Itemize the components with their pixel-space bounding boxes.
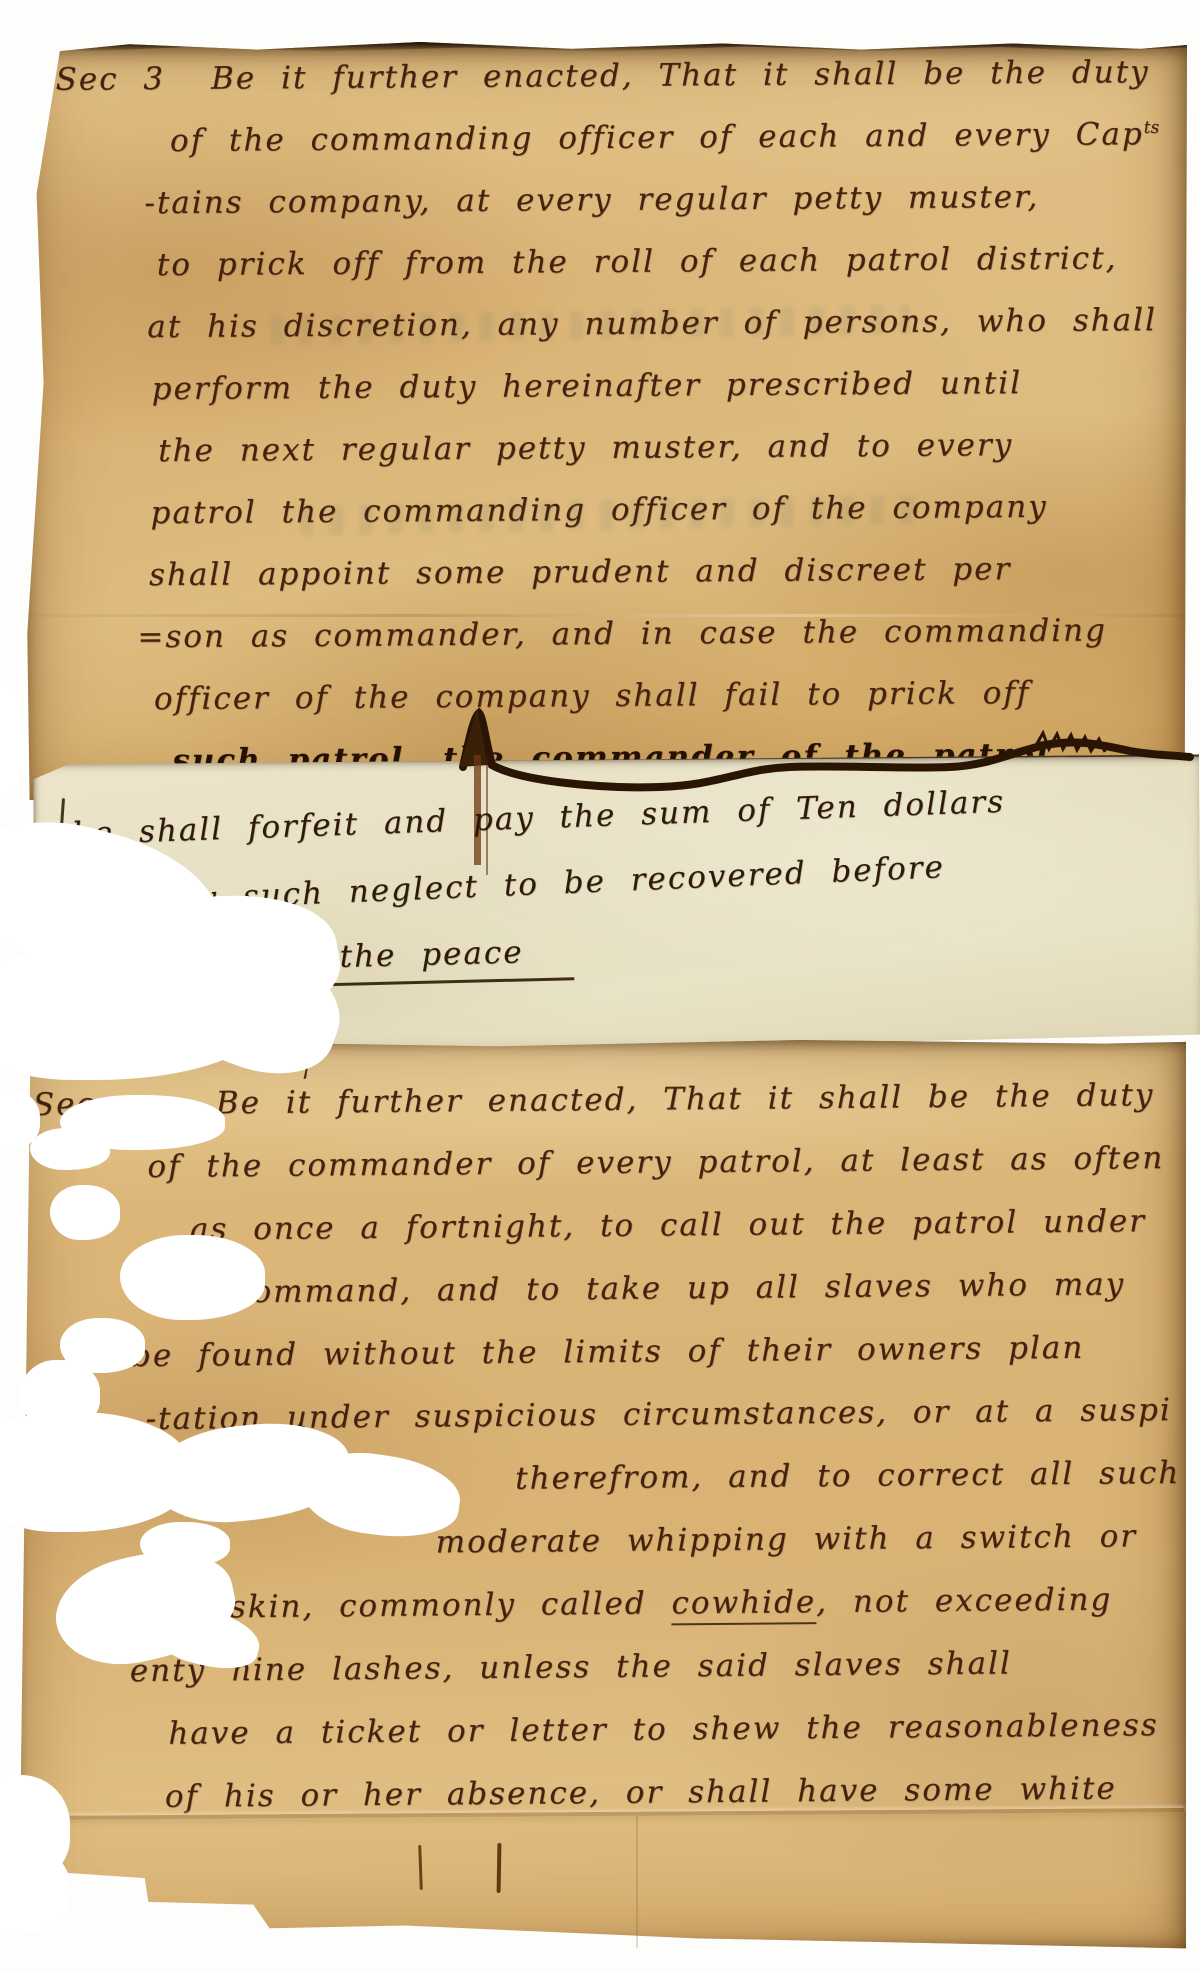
torn-hole: [30, 1128, 110, 1170]
text-line: to prick off from the roll of each patro…: [157, 240, 1199, 309]
text-line: as once a fortnight, to call out the pat…: [190, 1203, 1199, 1275]
text-line: be found without the limits of their own…: [131, 1329, 1200, 1401]
text-line: have a ticket or letter to shew the reas…: [168, 1707, 1200, 1779]
torn-hole: [120, 1235, 265, 1320]
text-line: of the commanding officer of each and ev…: [170, 116, 1198, 185]
section-3-text: Sec 3Be it further enacted, That it shal…: [0, 54, 1200, 806]
text-line: at his discretion, any number of persons…: [147, 302, 1199, 371]
text-line: his command, and to take up all slaves w…: [156, 1266, 1199, 1338]
text-line: therefrom, and to correct all such: [515, 1455, 1200, 1524]
line-text: of the commanding officer of each and ev…: [170, 116, 1144, 159]
text-line: of his or her absence, or shall have som…: [165, 1770, 1200, 1842]
line-text: Be it further enacted, That it shall be …: [216, 1077, 1155, 1121]
superscript: ts: [1144, 118, 1160, 138]
fold-crease: [28, 614, 1184, 617]
section-number: Sec 3: [55, 61, 165, 98]
line-text: , not exceeding: [816, 1582, 1112, 1621]
text-line: patrol the commanding officer of the com…: [150, 488, 1200, 557]
torn-hole: [50, 1185, 120, 1240]
manuscript-scan: Sec 3Be it further enacted, That it shal…: [0, 0, 1200, 1973]
text-line: Sec 3Be it further enacted, That it shal…: [55, 54, 1197, 124]
underlined-word: cowhide: [671, 1584, 816, 1625]
text-line: enty nine lashes, unless the said slaves…: [130, 1644, 1200, 1716]
text-line: moderate whipping with a switch or: [436, 1518, 1200, 1588]
line-text: cowskin, commonly called: [161, 1585, 672, 1625]
text-line: perform the duty hereinafter prescribed …: [152, 364, 1200, 433]
text-line: =son as commander, and in case the comma…: [137, 612, 1200, 681]
line-text: Be it further enacted, That it shall be …: [211, 54, 1150, 97]
text-line: the next regular petty muster, and to ev…: [158, 426, 1200, 495]
text-line: -tains company, at every regular petty m…: [144, 178, 1198, 247]
text-line: of the commander of every patrol, at lea…: [147, 1140, 1198, 1212]
text-line: shall appoint some prudent and discreet …: [149, 550, 1200, 619]
fold-crease: [636, 1816, 638, 1948]
text-line: cowskin, commonly called cowhide, not ex…: [161, 1581, 1200, 1653]
